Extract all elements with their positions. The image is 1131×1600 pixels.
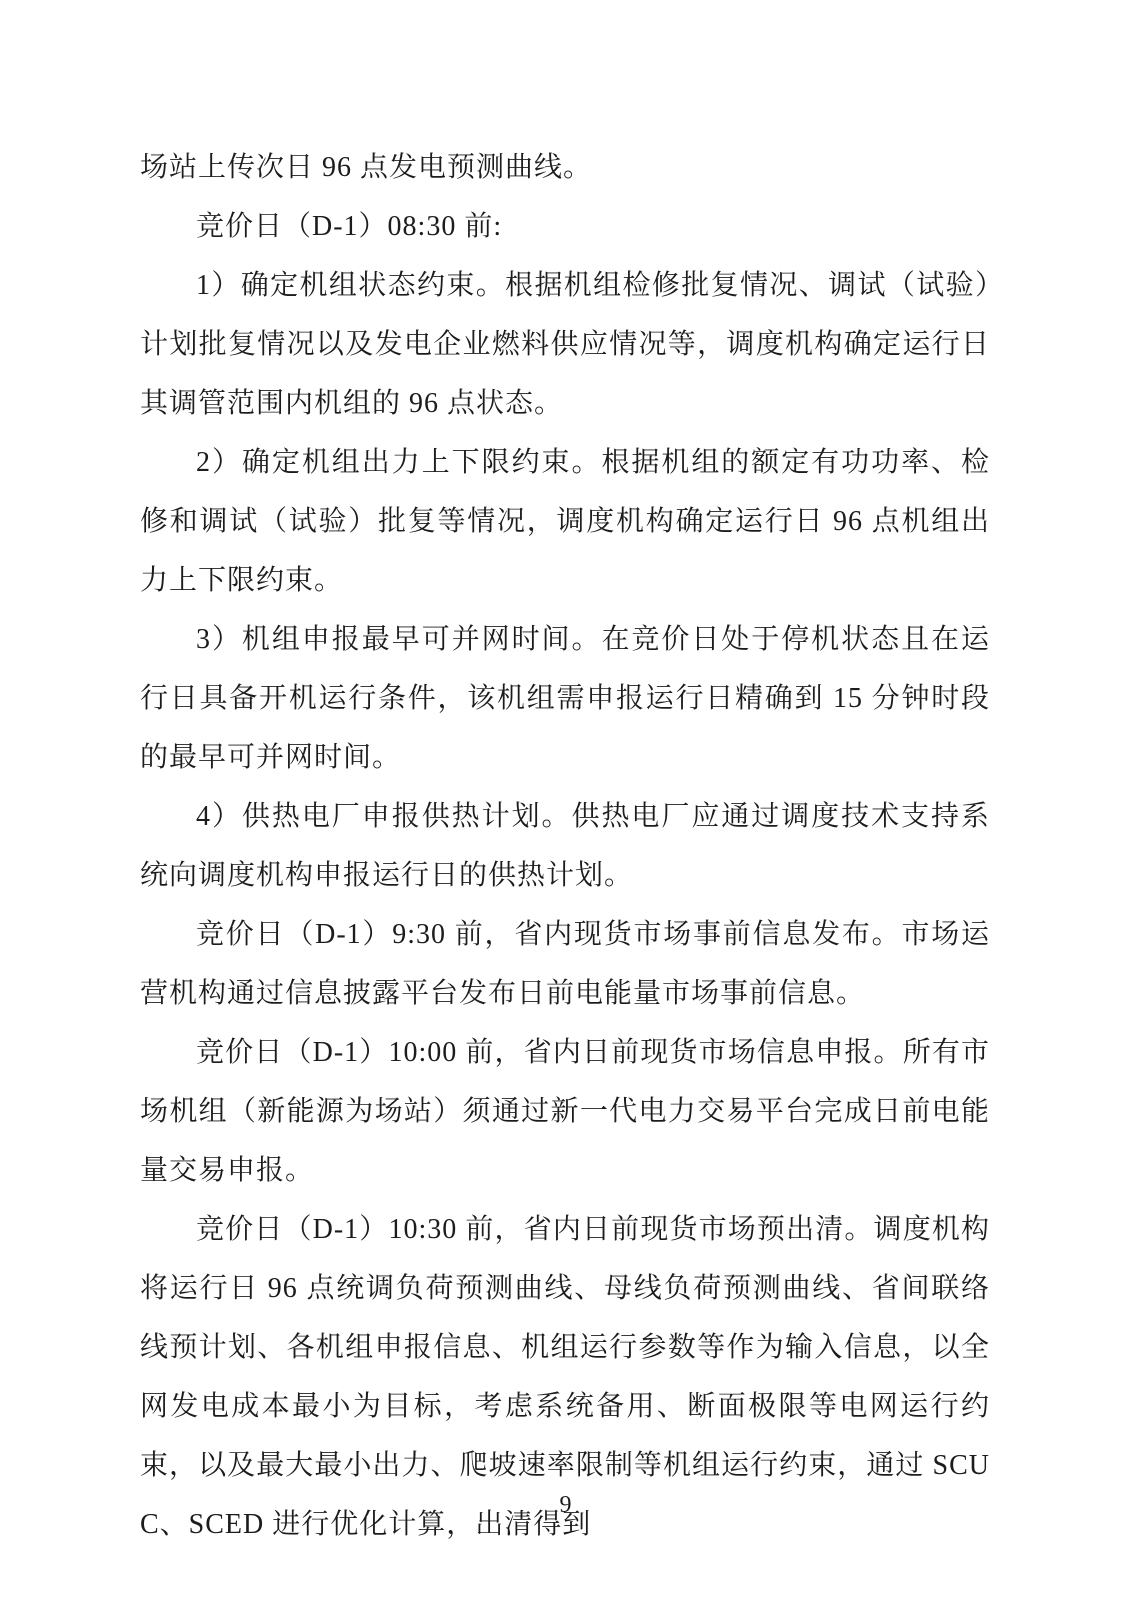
body-paragraph: 场站上传次日 96 点发电预测曲线。 (140, 138, 990, 197)
body-paragraph: 4）供热电厂申报供热计划。供热电厂应通过调度技术支持系统向调度机构申报运行日的供… (140, 787, 990, 905)
body-paragraph: 竞价日（D-1）10:00 前，省内日前现货市场信息申报。所有市场机组（新能源为… (140, 1023, 990, 1200)
body-paragraph: 3）机组申报最早可并网时间。在竞价日处于停机状态且在运行日具备开机运行条件，该机… (140, 610, 990, 787)
body-paragraph: 竞价日（D-1）9:30 前，省内现货市场事前信息发布。市场运营机构通过信息披露… (140, 905, 990, 1023)
page-number: 9 (0, 1492, 1131, 1519)
document-page: 场站上传次日 96 点发电预测曲线。 竞价日（D-1）08:30 前: 1）确定… (0, 0, 1131, 1600)
body-paragraph: 1）确定机组状态约束。根据机组检修批复情况、调试（试验）计划批复情况以及发电企业… (140, 256, 990, 433)
body-paragraph: 2）确定机组出力上下限约束。根据机组的额定有功功率、检修和调试（试验）批复等情况… (140, 433, 990, 610)
body-paragraph: 竞价日（D-1）08:30 前: (140, 197, 990, 256)
page-body-text: 场站上传次日 96 点发电预测曲线。 竞价日（D-1）08:30 前: 1）确定… (140, 138, 990, 1554)
